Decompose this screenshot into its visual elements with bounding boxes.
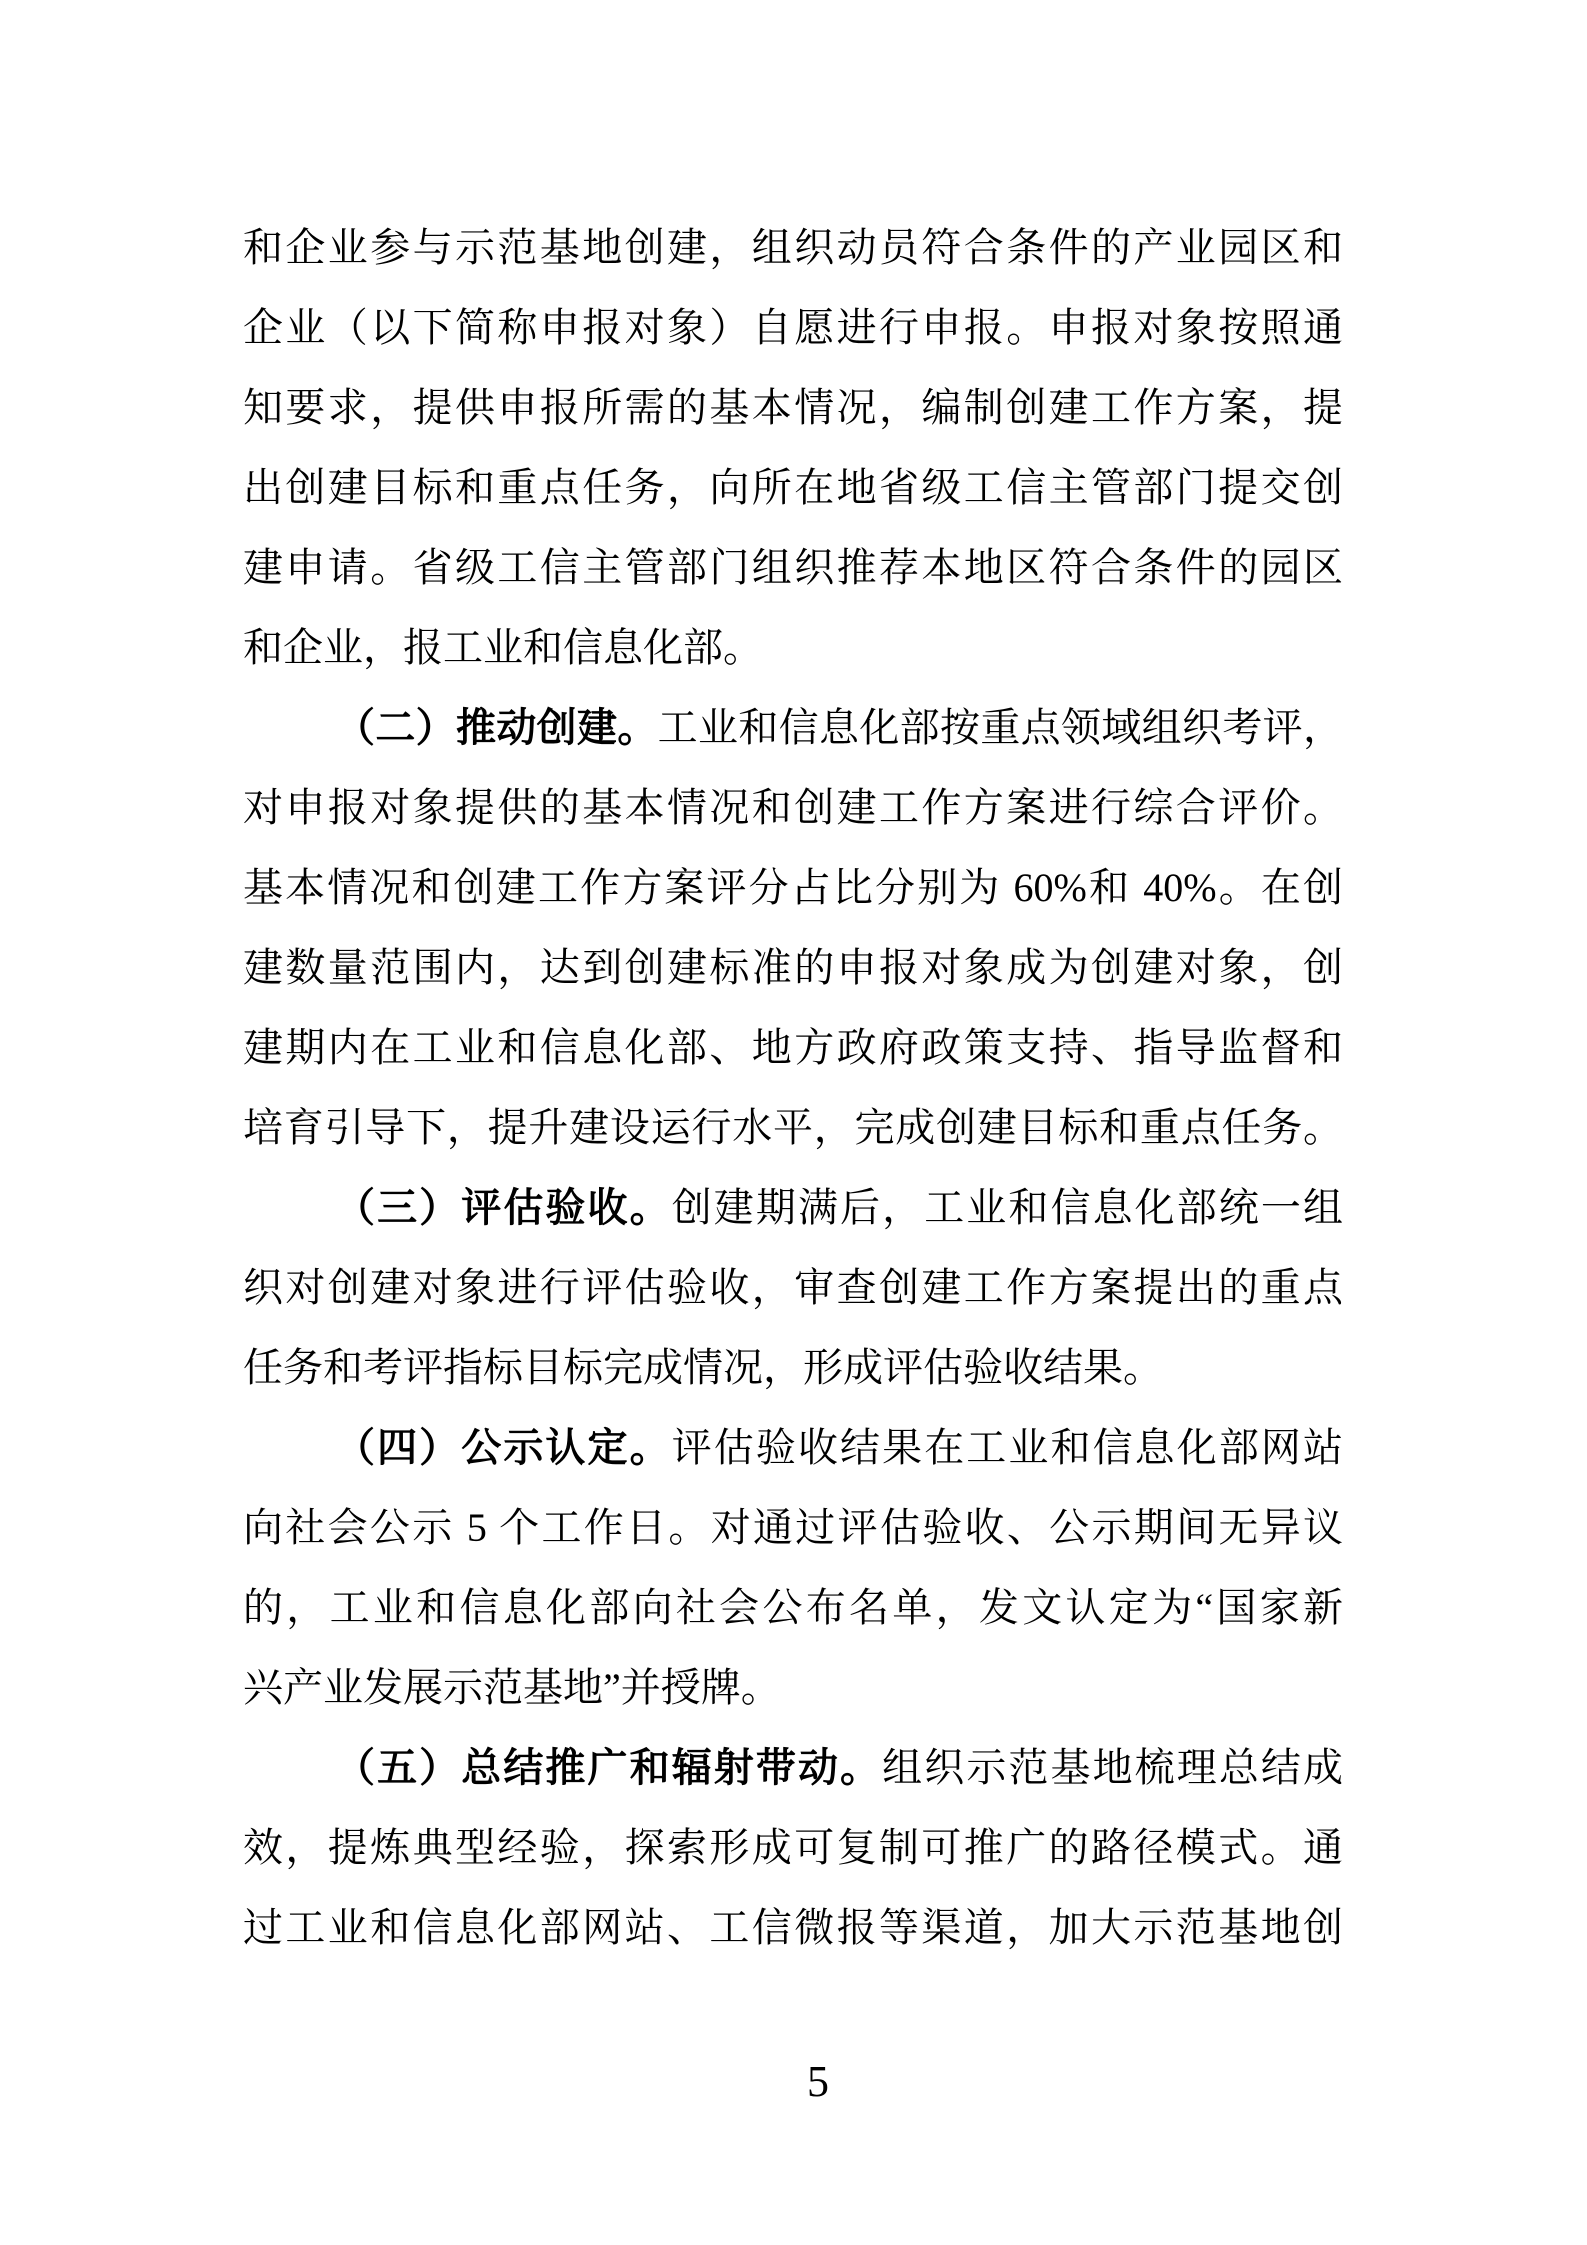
text-line: 建期内在工业和信息化部、地方政府政策支持、指导监督和 bbox=[243, 1008, 1343, 1088]
paragraph: 和企业参与示范基地创建，组织动员符合条件的产业园区和 企业（以下简称申报对象）自… bbox=[243, 208, 1343, 688]
heading-line-rest: 组织示范基地梳理总结成 bbox=[882, 1745, 1343, 1790]
text-line: 的，工业和信息化部向社会公布名单，发文认定为“国家新 bbox=[243, 1568, 1343, 1648]
text-line: （四）公示认定。评估验收结果在工业和信息化部网站 bbox=[243, 1408, 1343, 1488]
text-line: 过工业和信息化部网站、工信微报等渠道，加大示范基地创 bbox=[243, 1888, 1343, 1968]
text-line: （三）评估验收。创建期满后，工业和信息化部统一组 bbox=[243, 1168, 1343, 1248]
paragraph: （四）公示认定。评估验收结果在工业和信息化部网站 向社会公示 5 个工作日。对通… bbox=[243, 1408, 1343, 1728]
text-line: 企业（以下简称申报对象）自愿进行申报。申报对象按照通 bbox=[243, 288, 1343, 368]
paragraph: （二）推动创建。工业和信息化部按重点领域组织考评， 对申报对象提供的基本情况和创… bbox=[243, 688, 1343, 1168]
text-line: （二）推动创建。工业和信息化部按重点领域组织考评， bbox=[243, 688, 1343, 768]
text-line: 和企业，报工业和信息化部。 bbox=[243, 608, 1343, 688]
section-heading: （四）公示认定。 bbox=[335, 1425, 672, 1470]
document-body: 和企业参与示范基地创建，组织动员符合条件的产业园区和 企业（以下简称申报对象）自… bbox=[243, 208, 1343, 1968]
heading-line-rest: 评估验收结果在工业和信息化部网站 bbox=[672, 1425, 1343, 1470]
text-line: 效，提炼典型经验，探索形成可复制可推广的路径模式。通 bbox=[243, 1808, 1343, 1888]
section-heading: （三）评估验收。 bbox=[335, 1185, 672, 1230]
heading-line-rest: 创建期满后，工业和信息化部统一组 bbox=[672, 1185, 1343, 1230]
text-line: 知要求，提供申报所需的基本情况，编制创建工作方案，提 bbox=[243, 368, 1343, 448]
paragraph: （五）总结推广和辐射带动。组织示范基地梳理总结成 效，提炼典型经验，探索形成可复… bbox=[243, 1728, 1343, 1968]
text-line: 向社会公示 5 个工作日。对通过评估验收、公示期间无异议 bbox=[243, 1488, 1343, 1568]
text-line: 基本情况和创建工作方案评分占比分别为 60%和 40%。在创 bbox=[243, 848, 1343, 928]
section-heading: （五）总结推广和辐射带动。 bbox=[335, 1745, 882, 1790]
text-line: 任务和考评指标目标完成情况，形成评估验收结果。 bbox=[243, 1328, 1343, 1408]
page-number: 5 bbox=[243, 2058, 1343, 2106]
text-line: 织对创建对象进行评估验收，审查创建工作方案提出的重点 bbox=[243, 1248, 1343, 1328]
text-line: 建数量范围内，达到创建标准的申报对象成为创建对象，创 bbox=[243, 928, 1343, 1008]
text-line: 出创建目标和重点任务，向所在地省级工信主管部门提交创 bbox=[243, 448, 1343, 528]
text-line: 兴产业发展示范基地”并授牌。 bbox=[243, 1648, 1343, 1728]
text-line: 对申报对象提供的基本情况和创建工作方案进行综合评价。 bbox=[243, 768, 1343, 848]
text-line: （五）总结推广和辐射带动。组织示范基地梳理总结成 bbox=[243, 1728, 1343, 1808]
text-line: 和企业参与示范基地创建，组织动员符合条件的产业园区和 bbox=[243, 208, 1343, 288]
section-heading: （二）推动创建。 bbox=[335, 705, 658, 750]
text-line: 建申请。省级工信主管部门组织推荐本地区符合条件的园区 bbox=[243, 528, 1343, 608]
text-line: 培育引导下，提升建设运行水平，完成创建目标和重点任务。 bbox=[243, 1088, 1343, 1168]
heading-line-rest: 工业和信息化部按重点领域组织考评， bbox=[658, 705, 1343, 750]
paragraph: （三）评估验收。创建期满后，工业和信息化部统一组 织对创建对象进行评估验收，审查… bbox=[243, 1168, 1343, 1408]
